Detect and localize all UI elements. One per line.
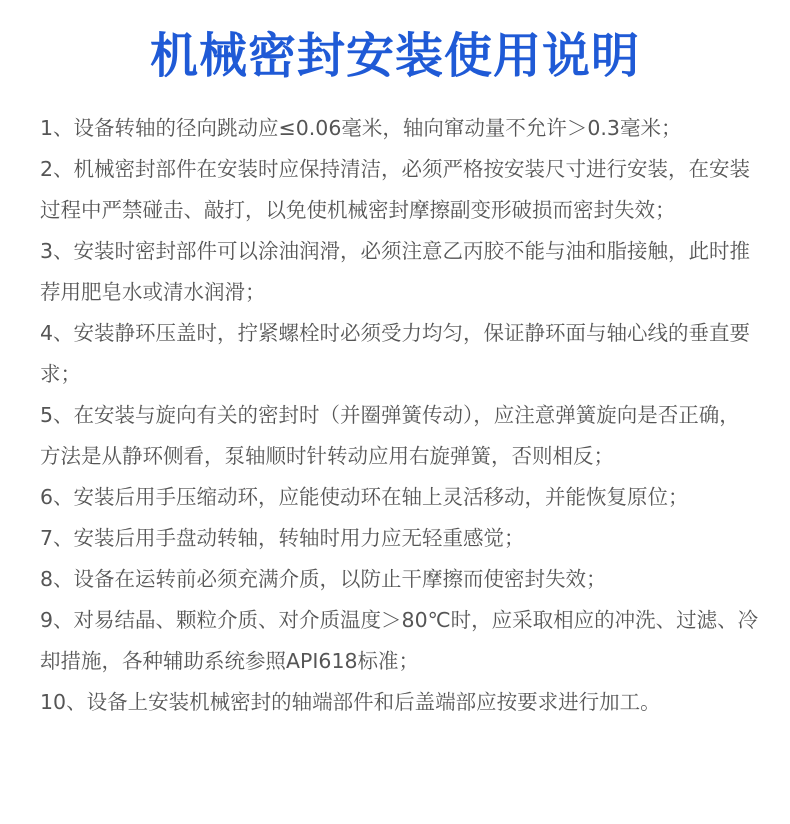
instruction-item-10: 10、设备上安装机械密封的轴端部件和后盖端部应按要求进行加工。 bbox=[40, 682, 760, 723]
instruction-item-9: 9、对易结晶、颗粒介质、对介质温度＞80℃时，应采取相应的冲洗、过滤、冷却措施，… bbox=[40, 600, 760, 682]
page-title: 机械密封安装使用说明 bbox=[0, 22, 790, 90]
instruction-list: 1、设备转轴的径向跳动应≤0.06毫米，轴向窜动量不允许＞0.3毫米； 2、机械… bbox=[40, 108, 760, 723]
instruction-item-7: 7、安装后用手盘动转轴，转轴时用力应无轻重感觉； bbox=[40, 518, 760, 559]
instruction-item-3: 3、安装时密封部件可以涂油润滑，必须注意乙丙胶不能与油和脂接触，此时推荐用肥皂水… bbox=[40, 231, 760, 313]
instruction-item-6: 6、安装后用手压缩动环，应能使动环在轴上灵活移动，并能恢复原位； bbox=[40, 477, 760, 518]
instruction-item-5: 5、在安装与旋向有关的密封时（并圈弹簧传动），应注意弹簧旋向是否正确，方法是从静… bbox=[40, 395, 760, 477]
instruction-item-2: 2、机械密封部件在安装时应保持清洁，必须严格按安装尺寸进行安装，在安装过程中严禁… bbox=[40, 149, 760, 231]
instruction-item-1: 1、设备转轴的径向跳动应≤0.06毫米，轴向窜动量不允许＞0.3毫米； bbox=[40, 108, 760, 149]
instruction-item-4: 4、安装静环压盖时，拧紧螺栓时必须受力均匀，保证静环面与轴心线的垂直要求； bbox=[40, 313, 760, 395]
instruction-item-8: 8、设备在运转前必须充满介质，以防止干摩擦而使密封失效； bbox=[40, 559, 760, 600]
